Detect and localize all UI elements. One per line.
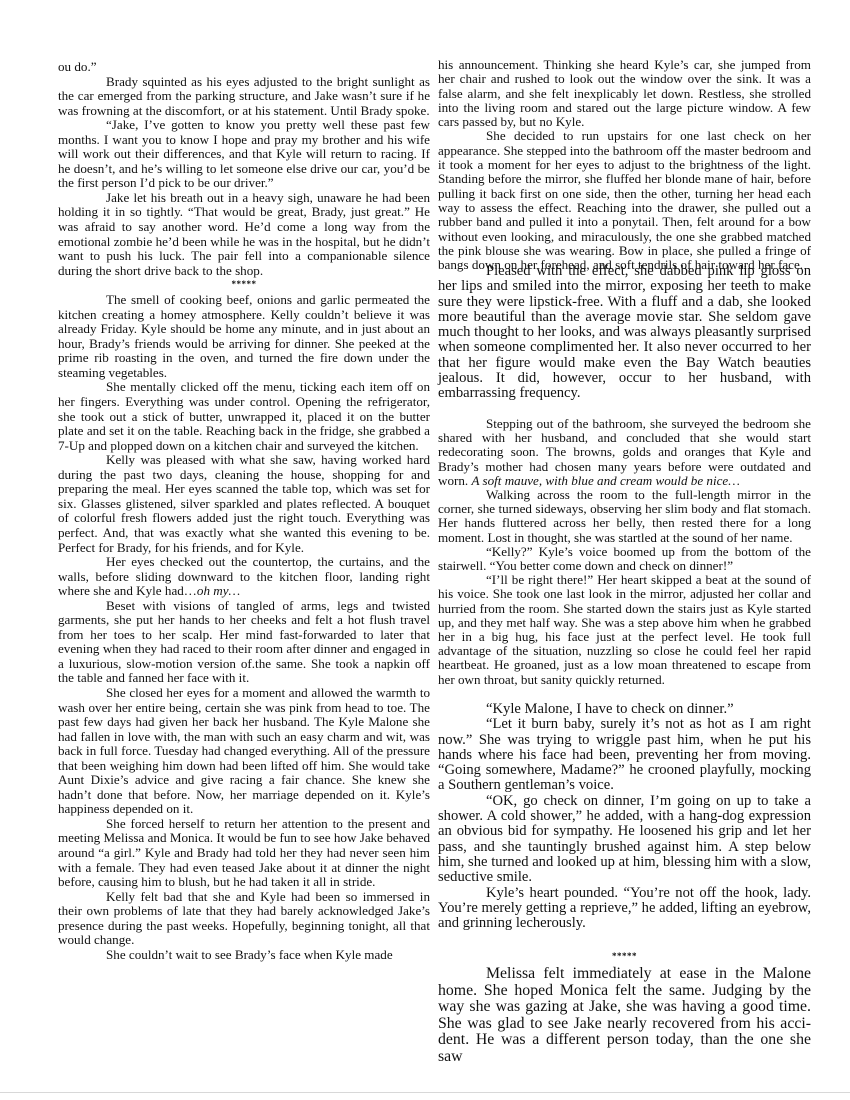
right-section-c: Stepping out of the bathroom, she survey… bbox=[438, 417, 811, 687]
paragraph: Walking across the room to the full-leng… bbox=[438, 488, 811, 545]
paragraph: “Kelly?” Kyle’s voice boomed up from the… bbox=[438, 545, 811, 573]
paragraph: Melissa felt immediately at ease in the … bbox=[438, 966, 811, 1066]
right-section-b: Pleased with the effect, she dabbed pink… bbox=[438, 264, 811, 402]
paragraph: The smell of cooking beef, onions and ga… bbox=[58, 293, 430, 380]
paragraph: Her eyes checked out the countertop, the… bbox=[58, 555, 430, 599]
page-bottom-edge bbox=[0, 1092, 850, 1093]
right-section-a: his announcement. Thinking she heard Kyl… bbox=[438, 58, 811, 272]
paragraph: Stepping out of the bathroom, she survey… bbox=[438, 417, 811, 488]
italic-text: oh my… bbox=[197, 583, 240, 598]
paragraph: Jake let his breath out in a heavy sigh,… bbox=[58, 191, 430, 278]
paragraph: She decided to run upstairs for one last… bbox=[438, 129, 811, 272]
paragraph: his announcement. Thinking she heard Kyl… bbox=[438, 58, 811, 129]
paragraph: She mentally clicked off the menu, ticki… bbox=[58, 380, 430, 453]
paragraph: Beset with visions of tangled of arms, l… bbox=[58, 599, 430, 686]
paragraph-text: Her eyes checked out the countertop, the… bbox=[58, 554, 430, 598]
scene-break: ***** bbox=[58, 279, 430, 289]
paragraph: Kelly felt bad that she and Kyle had bee… bbox=[58, 890, 430, 948]
paragraph: “Let it burn baby, surely it’s not as ho… bbox=[438, 717, 811, 793]
italic-text: A soft mauve, with blue and cream would … bbox=[471, 473, 739, 488]
paragraph: She forced herself to return her attenti… bbox=[58, 817, 430, 890]
paragraph: Brady squinted as his eyes adjusted to t… bbox=[58, 75, 430, 119]
paragraph: She couldn’t wait to see Brady’s face wh… bbox=[58, 948, 430, 963]
right-section-e: Melissa felt immediately at ease in the … bbox=[438, 966, 811, 1066]
paragraph: ou do.” bbox=[58, 60, 430, 75]
paragraph: Kelly was pleased with what she saw, hav… bbox=[58, 453, 430, 555]
scene-break: ***** bbox=[438, 951, 811, 961]
paragraph: “Kyle Malone, I have to check on dinner.… bbox=[438, 702, 811, 717]
left-column: ou do.” Brady squinted as his eyes adjus… bbox=[58, 60, 430, 962]
right-section-d: “Kyle Malone, I have to check on dinner.… bbox=[438, 702, 811, 931]
paragraph: “I’ll be right there!” Her heart skipped… bbox=[438, 573, 811, 687]
paragraph: Kyle’s heart pounded. “You’re not off th… bbox=[438, 886, 811, 932]
paragraph: Pleased with the effect, she dabbed pink… bbox=[438, 264, 811, 402]
paragraph: “Jake, I’ve gotten to know you pretty we… bbox=[58, 118, 430, 191]
paragraph: “OK, go check on dinner, I’m going on up… bbox=[438, 794, 811, 886]
paragraph: She closed her eyes for a moment and all… bbox=[58, 686, 430, 817]
